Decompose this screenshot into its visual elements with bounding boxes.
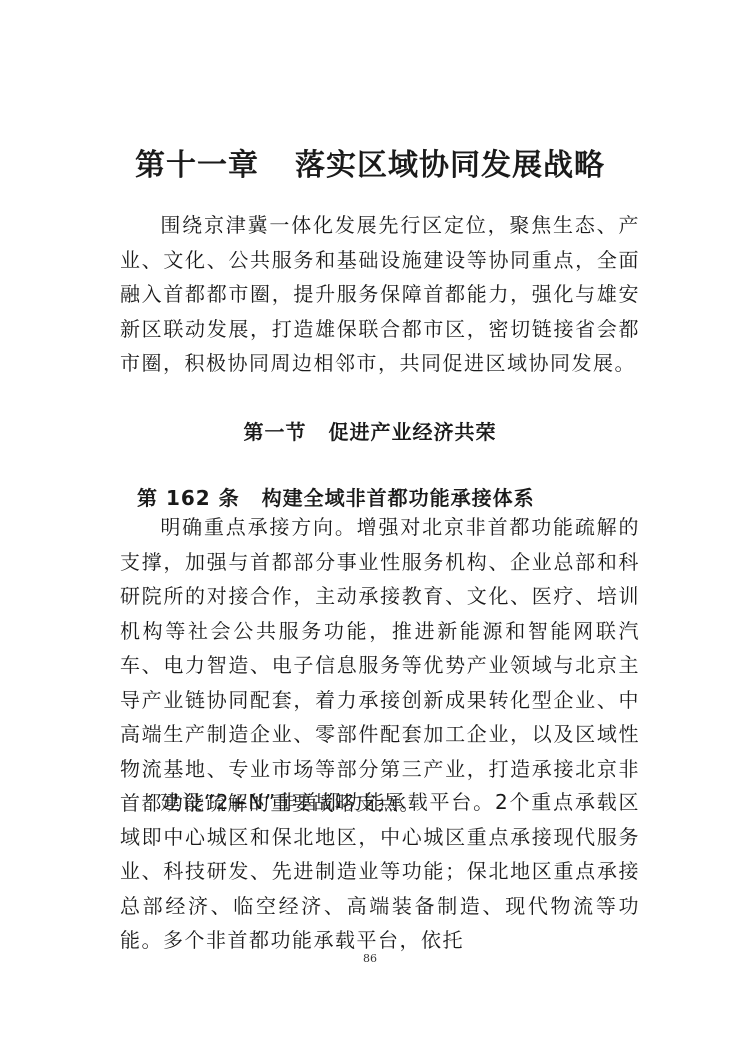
article-name: 构建全域非首都功能承接体系 bbox=[262, 486, 535, 510]
article-title: 第 162 条构建全域非首都功能承接体系 bbox=[137, 482, 535, 511]
paragraph-text: 建设“2+N”非首都功能承载平台。2个重点承载区域即中心城区和保北地区，中心城区… bbox=[120, 790, 640, 952]
page-number: 86 bbox=[0, 952, 740, 965]
chapter-number: 第十一章 bbox=[135, 148, 259, 183]
document-page: 第十一章落实区域协同发展战略 围绕京津冀一体化发展先行区定位，聚焦生态、产业、文… bbox=[0, 0, 740, 1047]
section-number: 第一节 bbox=[244, 420, 307, 444]
chapter-name: 落实区域协同发展战略 bbox=[295, 148, 605, 183]
paragraph-text: 明确重点承接方向。增强对北京非首都功能疏解的支撑，加强与首都部分事业性服务机构、… bbox=[120, 515, 640, 815]
body-paragraph-2: 建设“2+N”非首都功能承载平台。2个重点承载区域即中心城区和保北地区，中心城区… bbox=[120, 785, 640, 958]
intro-text: 围绕京津冀一体化发展先行区定位，聚焦生态、产业、文化、公共服务和基础设施建设等协… bbox=[120, 213, 640, 375]
body-paragraph-1: 明确重点承接方向。增强对北京非首都功能疏解的支撑，加强与首都部分事业性服务机构、… bbox=[120, 510, 640, 821]
article-number: 第 162 条 bbox=[137, 486, 240, 510]
intro-paragraph: 围绕京津冀一体化发展先行区定位，聚焦生态、产业、文化、公共服务和基础设施建设等协… bbox=[120, 208, 640, 381]
section-title: 第一节促进产业经济共荣 bbox=[0, 416, 740, 445]
section-name: 促进产业经济共荣 bbox=[329, 420, 497, 444]
chapter-title: 第十一章落实区域协同发展战略 bbox=[0, 140, 740, 184]
